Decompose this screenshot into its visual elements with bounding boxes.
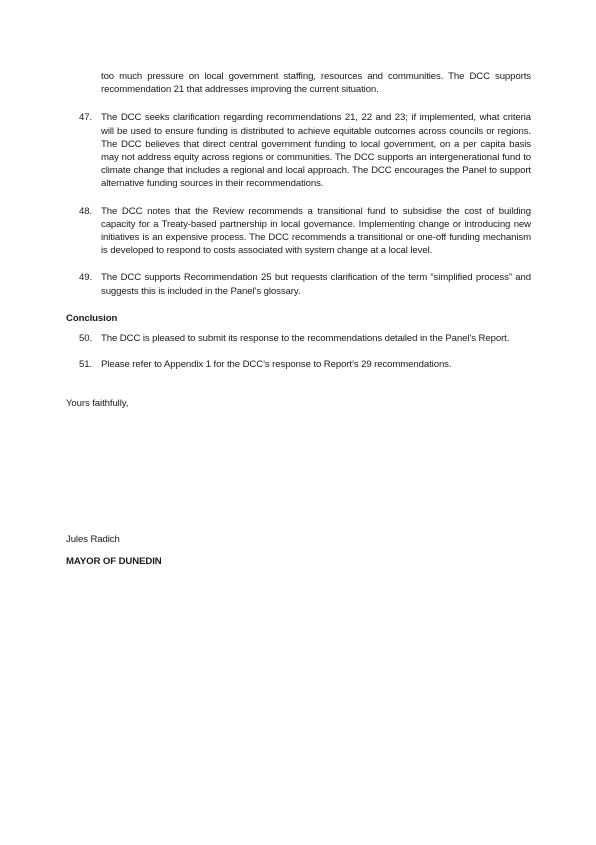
document-body: too much pressure on local government st… (66, 70, 531, 568)
list-item-47: 47. The DCC seeks clarification regardin… (66, 111, 531, 190)
item-number: 48. (79, 205, 92, 218)
item-number: 47. (79, 111, 92, 124)
item-number: 49. (79, 271, 92, 284)
continuation-paragraph: too much pressure on local government st… (101, 70, 531, 96)
signer-title: MAYOR OF DUNEDIN (66, 555, 531, 568)
item-number: 50. (79, 332, 92, 345)
signer-name: Jules Radich (66, 533, 531, 546)
document-page: too much pressure on local government st… (0, 0, 596, 845)
closing-salutation: Yours faithfully, (66, 397, 531, 410)
item-text: Please refer to Appendix 1 for the DCC’s… (101, 359, 451, 370)
list-item-48: 48. The DCC notes that the Review recomm… (66, 205, 531, 258)
conclusion-list: 50. The DCC is pleased to submit its res… (66, 332, 531, 371)
item-text: The DCC notes that the Review recommends… (101, 206, 531, 257)
numbered-list: 47. The DCC seeks clarification regardin… (66, 111, 531, 297)
list-item-51: 51. Please refer to Appendix 1 for the D… (66, 358, 531, 371)
item-text: The DCC supports Recommendation 25 but r… (101, 272, 531, 296)
list-item-49: 49. The DCC supports Recommendation 25 b… (66, 271, 531, 297)
item-text: The DCC is pleased to submit its respons… (101, 333, 509, 344)
list-item-50: 50. The DCC is pleased to submit its res… (66, 332, 531, 345)
item-number: 51. (79, 358, 92, 371)
conclusion-heading: Conclusion (66, 312, 531, 325)
item-text: The DCC seeks clarification regarding re… (101, 112, 531, 189)
